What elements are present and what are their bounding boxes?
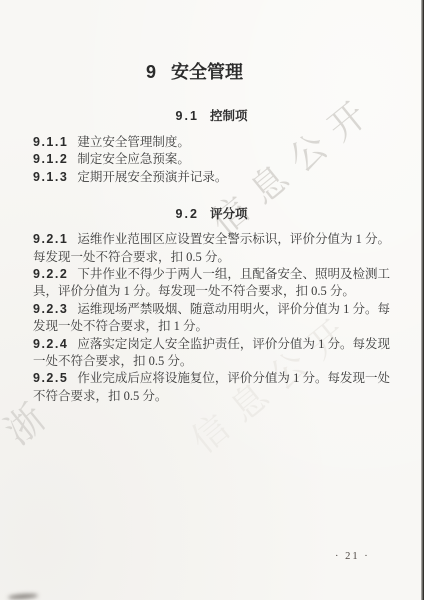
clause-9-2-4: 9.2.4应落实定岗定人安全监护责任，评价分值为 1 分。每发现一处不符合要求，…: [33, 336, 390, 371]
clause-text: 制定安全应急预案。: [77, 152, 190, 166]
clause-number: 9.2.5: [33, 371, 68, 385]
clause-9-1-2: 9.1.2制定安全应急预案。: [33, 151, 390, 168]
text-block: 9安全管理 9.1控制项 9.1.1建立安全管理制度。 9.1.2制定安全应急预…: [33, 61, 390, 405]
clause-text: 运维作业范围区应设置安全警示标识，评价分值为 1 分。每发现一处不符合要求，扣 …: [33, 232, 390, 263]
clause-number: 9.2.1: [33, 232, 68, 246]
clause-text: 应落实定岗定人安全监护责任，评价分值为 1 分。每发现一处不符合要求，扣 0.5…: [33, 337, 390, 368]
section-number: 9.1: [176, 109, 199, 123]
clause-number: 9.1.1: [33, 135, 68, 149]
clause-number: 9.1.2: [33, 152, 68, 166]
section-title: 评分项: [210, 207, 248, 221]
section-heading-9-2: 9.2评分项: [33, 206, 390, 222]
section-title: 控制项: [210, 109, 248, 123]
clause-number: 9.2.4: [33, 337, 68, 351]
clause-9-2-5: 9.2.5作业完成后应将设施复位，评价分值为 1 分。每发现一处不符合要求，扣 …: [33, 370, 390, 405]
clause-text: 定期开展安全预演并记录。: [77, 170, 227, 184]
chapter-heading: 9安全管理: [16, 61, 373, 83]
section-heading-9-1: 9.1控制项: [33, 108, 390, 124]
section-number: 9.2: [176, 207, 199, 221]
clause-9-2-1: 9.2.1运维作业范围区应设置安全警示标识，评价分值为 1 分。每发现一处不符合…: [33, 231, 390, 266]
clause-9-2-3: 9.2.3运维现场严禁吸烟、随意动用明火，评价分值为 1 分。每发现一处不符合要…: [33, 301, 390, 336]
clause-number: 9.2.2: [33, 267, 68, 281]
clause-9-2-2: 9.2.2下井作业不得少于两人一组，且配备安全、照明及检测工具，评价分值为 1 …: [33, 266, 390, 301]
chapter-number: 9: [146, 62, 156, 82]
page-number: · 21 ·: [335, 551, 370, 562]
scan-smudge: [8, 593, 38, 600]
clause-text: 建立安全管理制度。: [77, 135, 190, 149]
clause-9-1-1: 9.1.1建立安全管理制度。: [33, 134, 390, 151]
clause-text: 下井作业不得少于两人一组，且配备安全、照明及检测工具，评价分值为 1 分。每发现…: [33, 267, 390, 298]
document-page: 信息公开 信息公开 浙 9安全管理 9.1控制项 9.1.1建立安全管理制度。 …: [0, 0, 424, 600]
clause-text: 作业完成后应将设施复位，评价分值为 1 分。每发现一处不符合要求，扣 0.5 分…: [33, 371, 390, 402]
clause-9-1-3: 9.1.3定期开展安全预演并记录。: [33, 169, 390, 186]
chapter-title: 安全管理: [171, 62, 243, 82]
clause-number: 9.2.3: [33, 302, 68, 316]
clause-text: 运维现场严禁吸烟、随意动用明火，评价分值为 1 分。每发现一处不符合要求，扣 1…: [33, 302, 390, 333]
clause-number: 9.1.3: [33, 170, 68, 184]
